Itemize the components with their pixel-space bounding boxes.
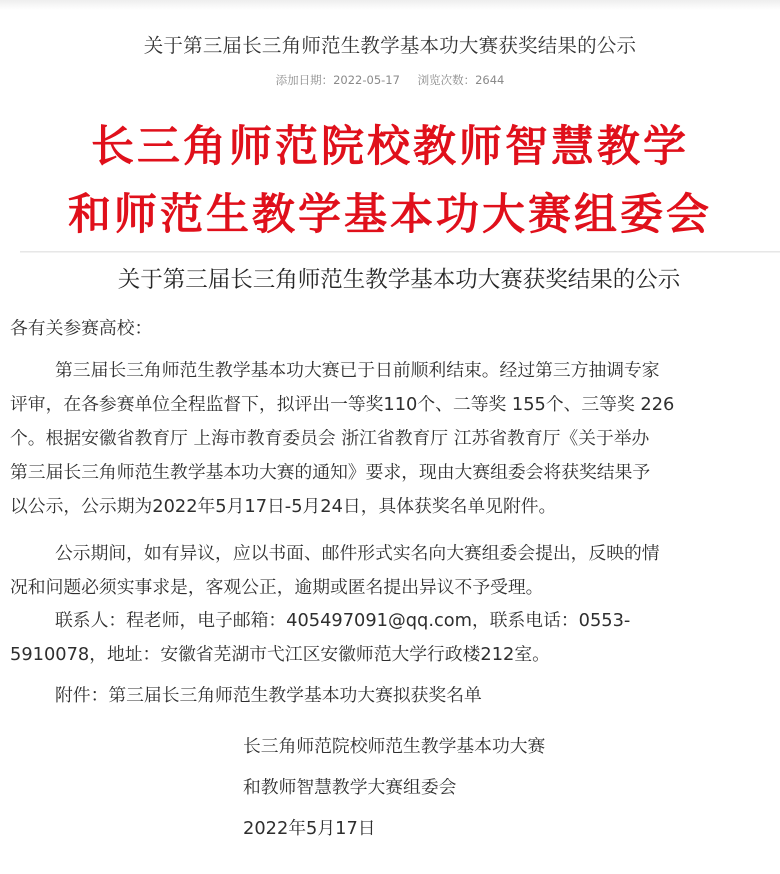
view-count: 浏览次数：2644 xyxy=(418,73,505,87)
paragraph-line: 联系人：程老师，电子邮箱：405497091@qq.com，联系电话：0553- xyxy=(10,604,780,638)
paragraph-line: 个。根据安徽省教育厅 上海市教育委员会 浙江省教育厅 江苏省教育厅《关于举办 xyxy=(10,422,780,456)
add-date: 添加日期：2022-05-17 xyxy=(276,73,400,87)
document-title: 关于第三届长三角师范生教学基本功大赛获奖结果的公示 xyxy=(0,262,780,294)
paragraph-announcement: 第三届长三角师范生教学基本功大赛已于日前顺利结束。经过第三方抽调专家 评审，在各… xyxy=(10,354,780,524)
paragraph-line: 第三届长三角师范生教学基本功大赛的通知》要求，现由大赛组委会将获奖结果予 xyxy=(10,456,780,490)
add-date-label: 添加日期： xyxy=(276,73,334,87)
salutation: 各有关参赛高校： xyxy=(10,312,780,346)
salutation-block: 各有关参赛高校： xyxy=(10,312,780,346)
header-divider xyxy=(20,251,780,253)
top-strip xyxy=(0,0,780,10)
meta-row: 添加日期：2022-05-17 浏览次数：2644 xyxy=(0,72,780,88)
paragraph-attachment: 附件：第三届长三角师范生教学基本功大赛拟获奖名单 xyxy=(10,679,780,713)
paragraph-objection: 公示期间，如有异议，应以书面、邮件形式实名向大赛组委会提出，反映的情 况和问题必… xyxy=(10,537,780,605)
signature-date: 2022年5月17日 xyxy=(243,812,376,846)
paragraph-line: 公示期间，如有异议，应以书面、邮件形式实名向大赛组委会提出，反映的情 xyxy=(10,537,780,571)
paragraph-line: 况和问题必须实事求是，客观公正，逾期或匿名提出异议不予受理。 xyxy=(10,571,780,605)
page-title: 关于第三届长三角师范生教学基本功大赛获奖结果的公示 xyxy=(0,30,780,58)
red-header-line-2: 和师范生教学基本功大赛组委会 xyxy=(0,194,780,237)
signature-org-line-1: 长三角师范院校师范生教学基本功大赛 xyxy=(243,730,545,764)
paragraph-line: 评审，在各参赛单位全程监督下，拟评出一等奖110个、二等奖 155个、三等奖 2… xyxy=(10,388,780,422)
view-count-label: 浏览次数： xyxy=(418,73,476,87)
paragraph-line: 以公示，公示期为2022年5月17日-5月24日，具体获奖名单见附件。 xyxy=(10,490,780,524)
signature-org-line-2: 和教师智慧教学大赛组委会 xyxy=(243,771,456,805)
view-count-value: 2644 xyxy=(475,73,504,87)
red-header-line-1: 长三角师范院校教师智慧教学 xyxy=(0,126,780,169)
paragraph-line: 第三届长三角师范生教学基本功大赛已于日前顺利结束。经过第三方抽调专家 xyxy=(10,354,780,388)
attachment-link[interactable]: 附件：第三届长三角师范生教学基本功大赛拟获奖名单 xyxy=(10,679,780,713)
paragraph-contact: 联系人：程老师，电子邮箱：405497091@qq.com，联系电话：0553-… xyxy=(10,604,780,672)
paragraph-line: 5910078，地址：安徽省芜湖市弋江区安徽师范大学行政楼212室。 xyxy=(10,638,780,672)
add-date-value: 2022-05-17 xyxy=(333,73,400,87)
